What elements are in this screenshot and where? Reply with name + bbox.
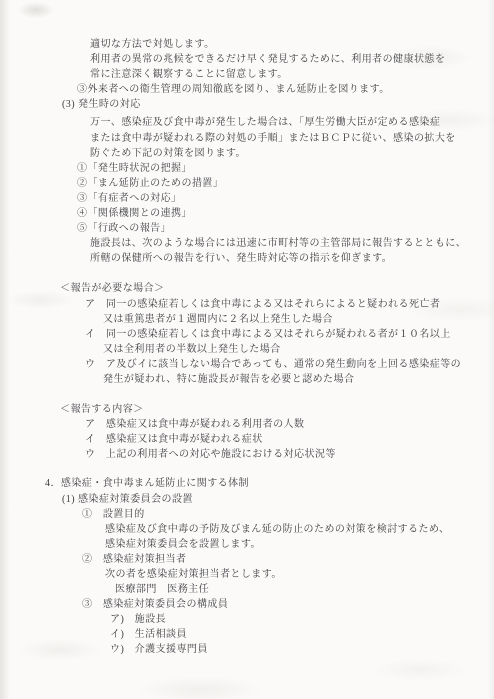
text-line: ⑤「行政への報告」 — [77, 221, 494, 236]
text-line: ア 同一の感染症若しくは食中毒による又はそれらによると疑われる死亡者 — [85, 297, 494, 312]
text-line: 又は重篤患者が１週間内に２名以上発生した場合 — [103, 312, 494, 327]
document-text-block: 適切な方法で対処します。利用者の異常の兆候をできるだけ早く発見するために、利用者… — [0, 37, 494, 658]
text-line: ア) 施設長 — [110, 612, 494, 627]
text-line: ＜報告する内容＞ — [60, 402, 494, 417]
text-line: ア 感染症又は食中毒が疑われる利用者の人数 — [85, 417, 494, 432]
text-line: 万一、感染症及び食中毒が発生した場合は、「厚生労働大臣が定める感染症 — [90, 115, 494, 130]
text-line: ②「まん延防止のための措置」 — [77, 176, 494, 191]
text-line: ウ 上記の利用者への対応や施設における対応状況等 — [85, 447, 494, 462]
text-line: ③ 感染症対策委員会の構成員 — [82, 597, 494, 612]
text-line: ① 設置目的 — [82, 507, 494, 522]
text-line: 所轄の保健所への報告を行い、発生時対応等の指示を仰ぎます。 — [90, 251, 494, 266]
text-line: 医療部門 医務主任 — [115, 582, 494, 597]
text-line: ウ) 介護支援専門員 — [110, 642, 494, 657]
text-line: 感染症対策委員会を設置します。 — [105, 537, 494, 552]
text-line: ①「発生時状況の把握」 — [77, 161, 494, 176]
text-line: (3) 発生時の対応 — [62, 97, 494, 112]
text-line: ③外来者への衛生管理の周知徹底を図り、まん延防止を図ります。 — [77, 82, 494, 97]
text-line: ＜報告が必要な場合＞ — [60, 281, 494, 296]
text-line: 又は全利用者の半数以上発生した場合 — [103, 342, 494, 357]
text-line: イ) 生活相談員 — [110, 627, 494, 642]
text-line: または食中毒が疑われる際の対処の手順」またはＢＣＰに従い、感染の拡大を — [90, 131, 494, 146]
text-line: 防ぐため下記の対策を図ります。 — [90, 146, 494, 161]
text-line: ④「関係機関との連携」 — [77, 206, 494, 221]
text-line: 感染症及び食中毒の予防及びまん延の防止のための対策を検討するため、 — [105, 522, 494, 537]
text-line: ウ ア及びイに該当しない場合であっても、通常の発生動向を上回る感染症等の — [85, 357, 494, 372]
scanned-document-page: 適切な方法で対処します。利用者の異常の兆候をできるだけ早く発見するために、利用者… — [0, 0, 494, 699]
text-line: 施設長は、次のような場合には迅速に市町村等の主管部局に報告するとともに、 — [90, 236, 494, 251]
text-line: 適切な方法で対処します。 — [90, 37, 494, 52]
text-line: 常に注意深く観察することに留意します。 — [90, 67, 494, 82]
text-line: ③「有症者への対応」 — [77, 191, 494, 206]
text-line: 発生が疑われ、特に施設長が報告を必要と認めた場合 — [103, 372, 494, 387]
text-line: ② 感染症対策担当者 — [82, 552, 494, 567]
text-line: 次の者を感染症対策担当者とします。 — [105, 567, 494, 582]
text-line: 利用者の異常の兆候をできるだけ早く発見するために、利用者の健康状態を — [90, 52, 494, 67]
text-line: イ 同一の感染症若しくは食中毒による又はそれらが疑われる者が１０名以上 — [85, 327, 494, 342]
text-line: (1) 感染症対策委員会の設置 — [62, 492, 494, 507]
text-line: 4．感染症・食中毒まん延防止に関する体制 — [45, 476, 494, 491]
text-line: イ 感染症又は食中毒が疑われる症状 — [85, 432, 494, 447]
